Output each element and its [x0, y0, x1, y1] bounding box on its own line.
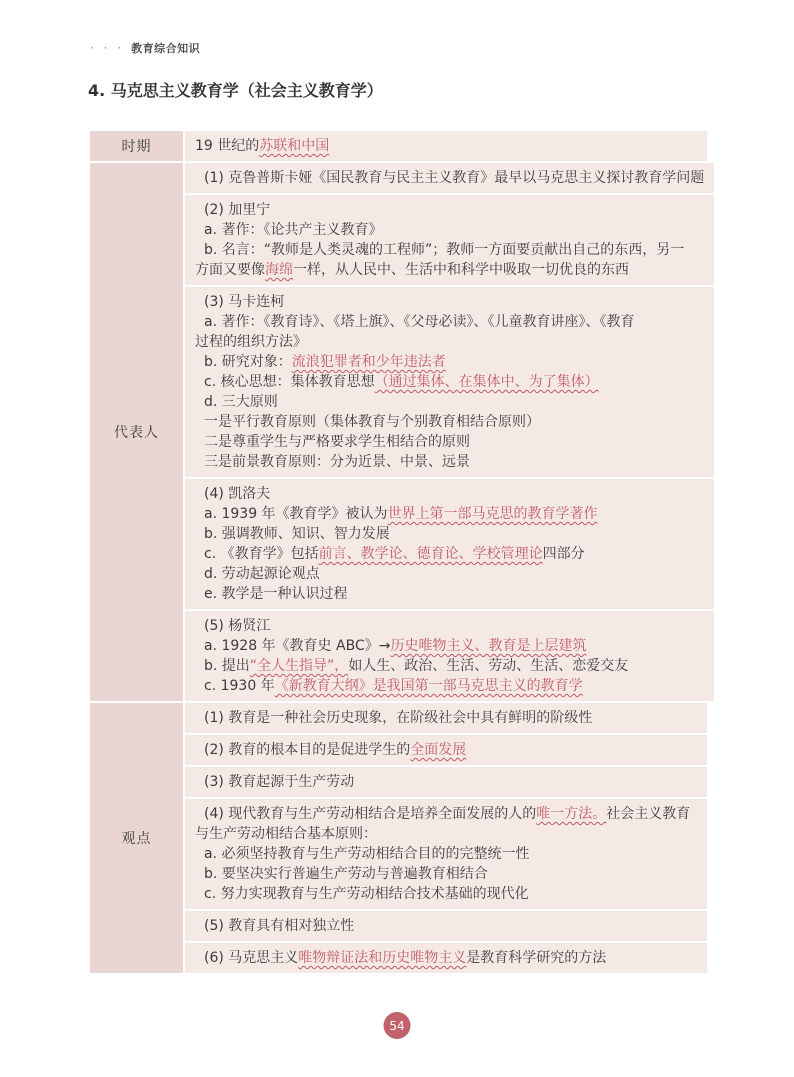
text-segment: b. 提出 [204, 658, 250, 674]
table-cell-viewpoints-2: (2) 教育的根本目的是促进学生的全面发展 [185, 735, 707, 765]
table-cell-representatives-2: (2) 加里宁a. 著作：《论共产主义教育》b. 名言：“教师是人类灵魂的工程师… [185, 195, 714, 285]
text-segment: (5) 教育具有相对独立性 [204, 918, 354, 934]
text-segment: b. 要坚决实行普遍生产劳动与普遍教育相结合 [204, 866, 488, 882]
highlighted-text: 《新教育大纲》是我国第一部马克思主义的教育学 [275, 678, 583, 694]
text-line: (1) 教育是一种社会历史现象，在阶级社会中具有鲜明的阶级性 [195, 708, 697, 728]
row-cells-period: 19 世纪的苏联和中国 [185, 131, 707, 161]
text-segment: 方面又要像 [195, 262, 265, 278]
header-label: 教育综合知识 [131, 42, 200, 55]
text-line: (4) 凯洛夫 [195, 484, 704, 504]
text-segment: a. 著作：《教育诗》、《塔上旗》、《父母必读》、《儿童教育讲座》、《教育 [204, 314, 634, 330]
text-segment: (6) 马克思主义 [204, 950, 298, 966]
text-segment: 四部分 [543, 546, 585, 562]
text-segment: (2) 加里宁 [204, 202, 270, 218]
text-segment: (4) 现代教育与生产劳动相结合是培养全面发展的人的 [204, 806, 536, 822]
text-line: b. 要坚决实行普遍生产劳动与普遍教育相结合 [195, 864, 697, 884]
text-segment: 一是平行教育原则（集体教育与个别教育相结合原则） [204, 414, 540, 430]
page-number-badge: 54 [384, 1012, 411, 1039]
table-cell-viewpoints-4: (4) 现代教育与生产劳动相结合是培养全面发展的人的唯一方法。社会主义教育与生产… [185, 799, 707, 909]
text-line: 19 世纪的苏联和中国 [195, 136, 697, 156]
text-segment: d. 三大原则 [204, 394, 278, 410]
text-line: d. 劳动起源论观点 [195, 564, 704, 584]
text-segment: 19 世纪的 [195, 138, 259, 154]
text-line: (3) 马卡连柯 [195, 292, 704, 312]
text-line: a. 必须坚持教育与生产劳动相结合目的的完整统一性 [195, 844, 697, 864]
page-number: 54 [389, 1019, 404, 1033]
text-line: (6) 马克思主义唯物辩证法和历史唯物主义是教育科学研究的方法 [195, 948, 697, 968]
text-line: (4) 现代教育与生产劳动相结合是培养全面发展的人的唯一方法。社会主义教育 [195, 804, 697, 824]
highlighted-text: “全人生指导”， [250, 658, 349, 674]
text-segment: a. 1928 年《教育史 ABC》→ [204, 638, 390, 654]
header-dots-icon: · · · [90, 41, 124, 55]
text-segment: (1) 克鲁普斯卡娅《国民教育与民主主义教育》最早以马克思主义探讨教育学问题 [204, 170, 704, 186]
highlighted-text: 海绵 [265, 262, 293, 278]
row-label-viewpoints: 观点 [90, 703, 183, 973]
text-line: (5) 杨贤江 [195, 616, 704, 636]
table-cell-representatives-5: (5) 杨贤江a. 1928 年《教育史 ABC》→历史唯物主义、教育是上层建筑… [185, 611, 714, 701]
highlighted-text: 唯一方法。 [536, 806, 606, 822]
text-line: 一是平行教育原则（集体教育与个别教育相结合原则） [195, 412, 704, 432]
text-segment: b. 研究对象： [204, 354, 292, 370]
text-segment: 过程的组织方法》 [195, 334, 307, 350]
text-segment: a. 著作：《论共产主义教育》 [204, 222, 382, 238]
text-segment: 是教育科学研究的方法 [466, 950, 606, 966]
text-segment: c. 核心思想：集体教育思想 [204, 374, 375, 390]
highlighted-text: 流浪犯罪者和少年违法者 [292, 354, 446, 370]
page-title: 4. 马克思主义教育学（社会主义教育学） [88, 78, 383, 101]
text-line: c. 努力实现教育与生产劳动相结合技术基础的现代化 [195, 884, 697, 904]
table-row-representatives: 代表人(1) 克鲁普斯卡娅《国民教育与民主主义教育》最早以马克思主义探讨教育学问… [90, 163, 707, 701]
row-label-representatives: 代表人 [90, 163, 183, 701]
table-cell-representatives-1: (1) 克鲁普斯卡娅《国民教育与民主主义教育》最早以马克思主义探讨教育学问题 [185, 163, 714, 193]
page-header: · · ·教育综合知识 [90, 40, 200, 56]
text-line: 方面又要像海绵一样，从人民中、生活中和科学中吸取一切优良的东西 [195, 260, 704, 280]
text-line: (3) 教育起源于生产劳动 [195, 772, 697, 792]
text-line: e. 教学是一种认识过程 [195, 584, 704, 604]
highlighted-text: 全面发展 [410, 742, 466, 758]
row-cells-representatives: (1) 克鲁普斯卡娅《国民教育与民主主义教育》最早以马克思主义探讨教育学问题(2… [185, 163, 714, 701]
table-row-period: 时期19 世纪的苏联和中国 [90, 131, 707, 161]
text-segment: d. 劳动起源论观点 [204, 566, 320, 582]
text-segment: 与生产劳动相结合基本原则： [195, 826, 377, 842]
text-segment: a. 1939 年《教育学》被认为 [204, 506, 388, 522]
table-cell-representatives-3: (3) 马卡连柯a. 著作：《教育诗》、《塔上旗》、《父母必读》、《儿童教育讲座… [185, 287, 714, 477]
text-line: (2) 教育的根本目的是促进学生的全面发展 [195, 740, 697, 760]
text-line: a. 1928 年《教育史 ABC》→历史唯物主义、教育是上层建筑 [195, 636, 704, 656]
table-cell-viewpoints-3: (3) 教育起源于生产劳动 [185, 767, 707, 797]
text-segment: 如人生、政治、生活、劳动、生活、恋爱交友 [348, 658, 628, 674]
text-line: d. 三大原则 [195, 392, 704, 412]
highlighted-text: 世界上第一部马克思的教育学著作 [388, 506, 598, 522]
text-line: (2) 加里宁 [195, 200, 704, 220]
highlighted-text: 苏联和中国 [259, 138, 329, 154]
text-segment: e. 教学是一种认识过程 [204, 586, 348, 602]
text-segment: (3) 马卡连柯 [204, 294, 284, 310]
text-segment: (3) 教育起源于生产劳动 [204, 774, 354, 790]
text-line: c. 核心思想：集体教育思想（通过集体、在集体中、为了集体） [195, 372, 704, 392]
text-line: (1) 克鲁普斯卡娅《国民教育与民主主义教育》最早以马克思主义探讨教育学问题 [195, 168, 704, 188]
table-cell-representatives-4: (4) 凯洛夫a. 1939 年《教育学》被认为世界上第一部马克思的教育学著作b… [185, 479, 714, 609]
text-line: a. 著作：《教育诗》、《塔上旗》、《父母必读》、《儿童教育讲座》、《教育 [195, 312, 704, 332]
text-line: a. 著作：《论共产主义教育》 [195, 220, 704, 240]
text-segment: c. 努力实现教育与生产劳动相结合技术基础的现代化 [204, 886, 529, 902]
table-cell-period-1: 19 世纪的苏联和中国 [185, 131, 707, 161]
text-segment: b. 强调教师、知识、智力发展 [204, 526, 390, 542]
highlighted-text: 唯物辩证法和历史唯物主义 [298, 950, 466, 966]
highlighted-text: 历史唯物主义、教育是上层建筑 [390, 638, 586, 654]
content-table: 时期19 世纪的苏联和中国代表人(1) 克鲁普斯卡娅《国民教育与民主主义教育》最… [90, 131, 707, 973]
text-line: 与生产劳动相结合基本原则： [195, 824, 697, 844]
text-segment: 一样，从人民中、生活中和科学中吸取一切优良的东西 [293, 262, 629, 278]
text-segment: (4) 凯洛夫 [204, 486, 270, 502]
text-line: 三是前景教育原则：分为近景、中景、远景 [195, 452, 704, 472]
table-cell-viewpoints-6: (6) 马克思主义唯物辩证法和历史唯物主义是教育科学研究的方法 [185, 943, 707, 973]
text-line: b. 强调教师、知识、智力发展 [195, 524, 704, 544]
text-segment: 三是前景教育原则：分为近景、中景、远景 [204, 454, 470, 470]
text-line: b. 研究对象：流浪犯罪者和少年违法者 [195, 352, 704, 372]
text-segment: b. 名言：“教师是人类灵魂的工程师”；教师一方面要贡献出自己的东西，另一 [204, 242, 684, 258]
text-segment: (5) 杨贤江 [204, 618, 270, 634]
table-row-viewpoints: 观点(1) 教育是一种社会历史现象，在阶级社会中具有鲜明的阶级性(2) 教育的根… [90, 703, 707, 973]
table-cell-viewpoints-1: (1) 教育是一种社会历史现象，在阶级社会中具有鲜明的阶级性 [185, 703, 707, 733]
text-line: 二是尊重学生与严格要求学生相结合的原则 [195, 432, 704, 452]
row-cells-viewpoints: (1) 教育是一种社会历史现象，在阶级社会中具有鲜明的阶级性(2) 教育的根本目… [185, 703, 707, 973]
row-label-period: 时期 [90, 131, 183, 161]
text-line: 过程的组织方法》 [195, 332, 704, 352]
highlighted-text: 前言、教学论、德育论、学校管理论 [319, 546, 543, 562]
text-segment: c. 1930 年 [204, 678, 275, 694]
text-segment: a. 必须坚持教育与生产劳动相结合目的的完整统一性 [204, 846, 529, 862]
text-line: a. 1939 年《教育学》被认为世界上第一部马克思的教育学著作 [195, 504, 704, 524]
text-line: (5) 教育具有相对独立性 [195, 916, 697, 936]
text-segment: (1) 教育是一种社会历史现象，在阶级社会中具有鲜明的阶级性 [204, 710, 592, 726]
text-segment: (2) 教育的根本目的是促进学生的 [204, 742, 410, 758]
text-line: c. 《教育学》包括前言、教学论、德育论、学校管理论四部分 [195, 544, 704, 564]
text-line: c. 1930 年《新教育大纲》是我国第一部马克思主义的教育学 [195, 676, 704, 696]
table-cell-viewpoints-5: (5) 教育具有相对独立性 [185, 911, 707, 941]
text-segment: c. 《教育学》包括 [204, 546, 319, 562]
text-segment: 二是尊重学生与严格要求学生相结合的原则 [204, 434, 470, 450]
text-line: b. 名言：“教师是人类灵魂的工程师”；教师一方面要贡献出自己的东西，另一 [195, 240, 704, 260]
highlighted-text: （通过集体、在集体中、为了集体） [375, 374, 599, 390]
text-segment: 社会主义教育 [606, 806, 690, 822]
text-line: b. 提出“全人生指导”，如人生、政治、生活、劳动、生活、恋爱交友 [195, 656, 704, 676]
